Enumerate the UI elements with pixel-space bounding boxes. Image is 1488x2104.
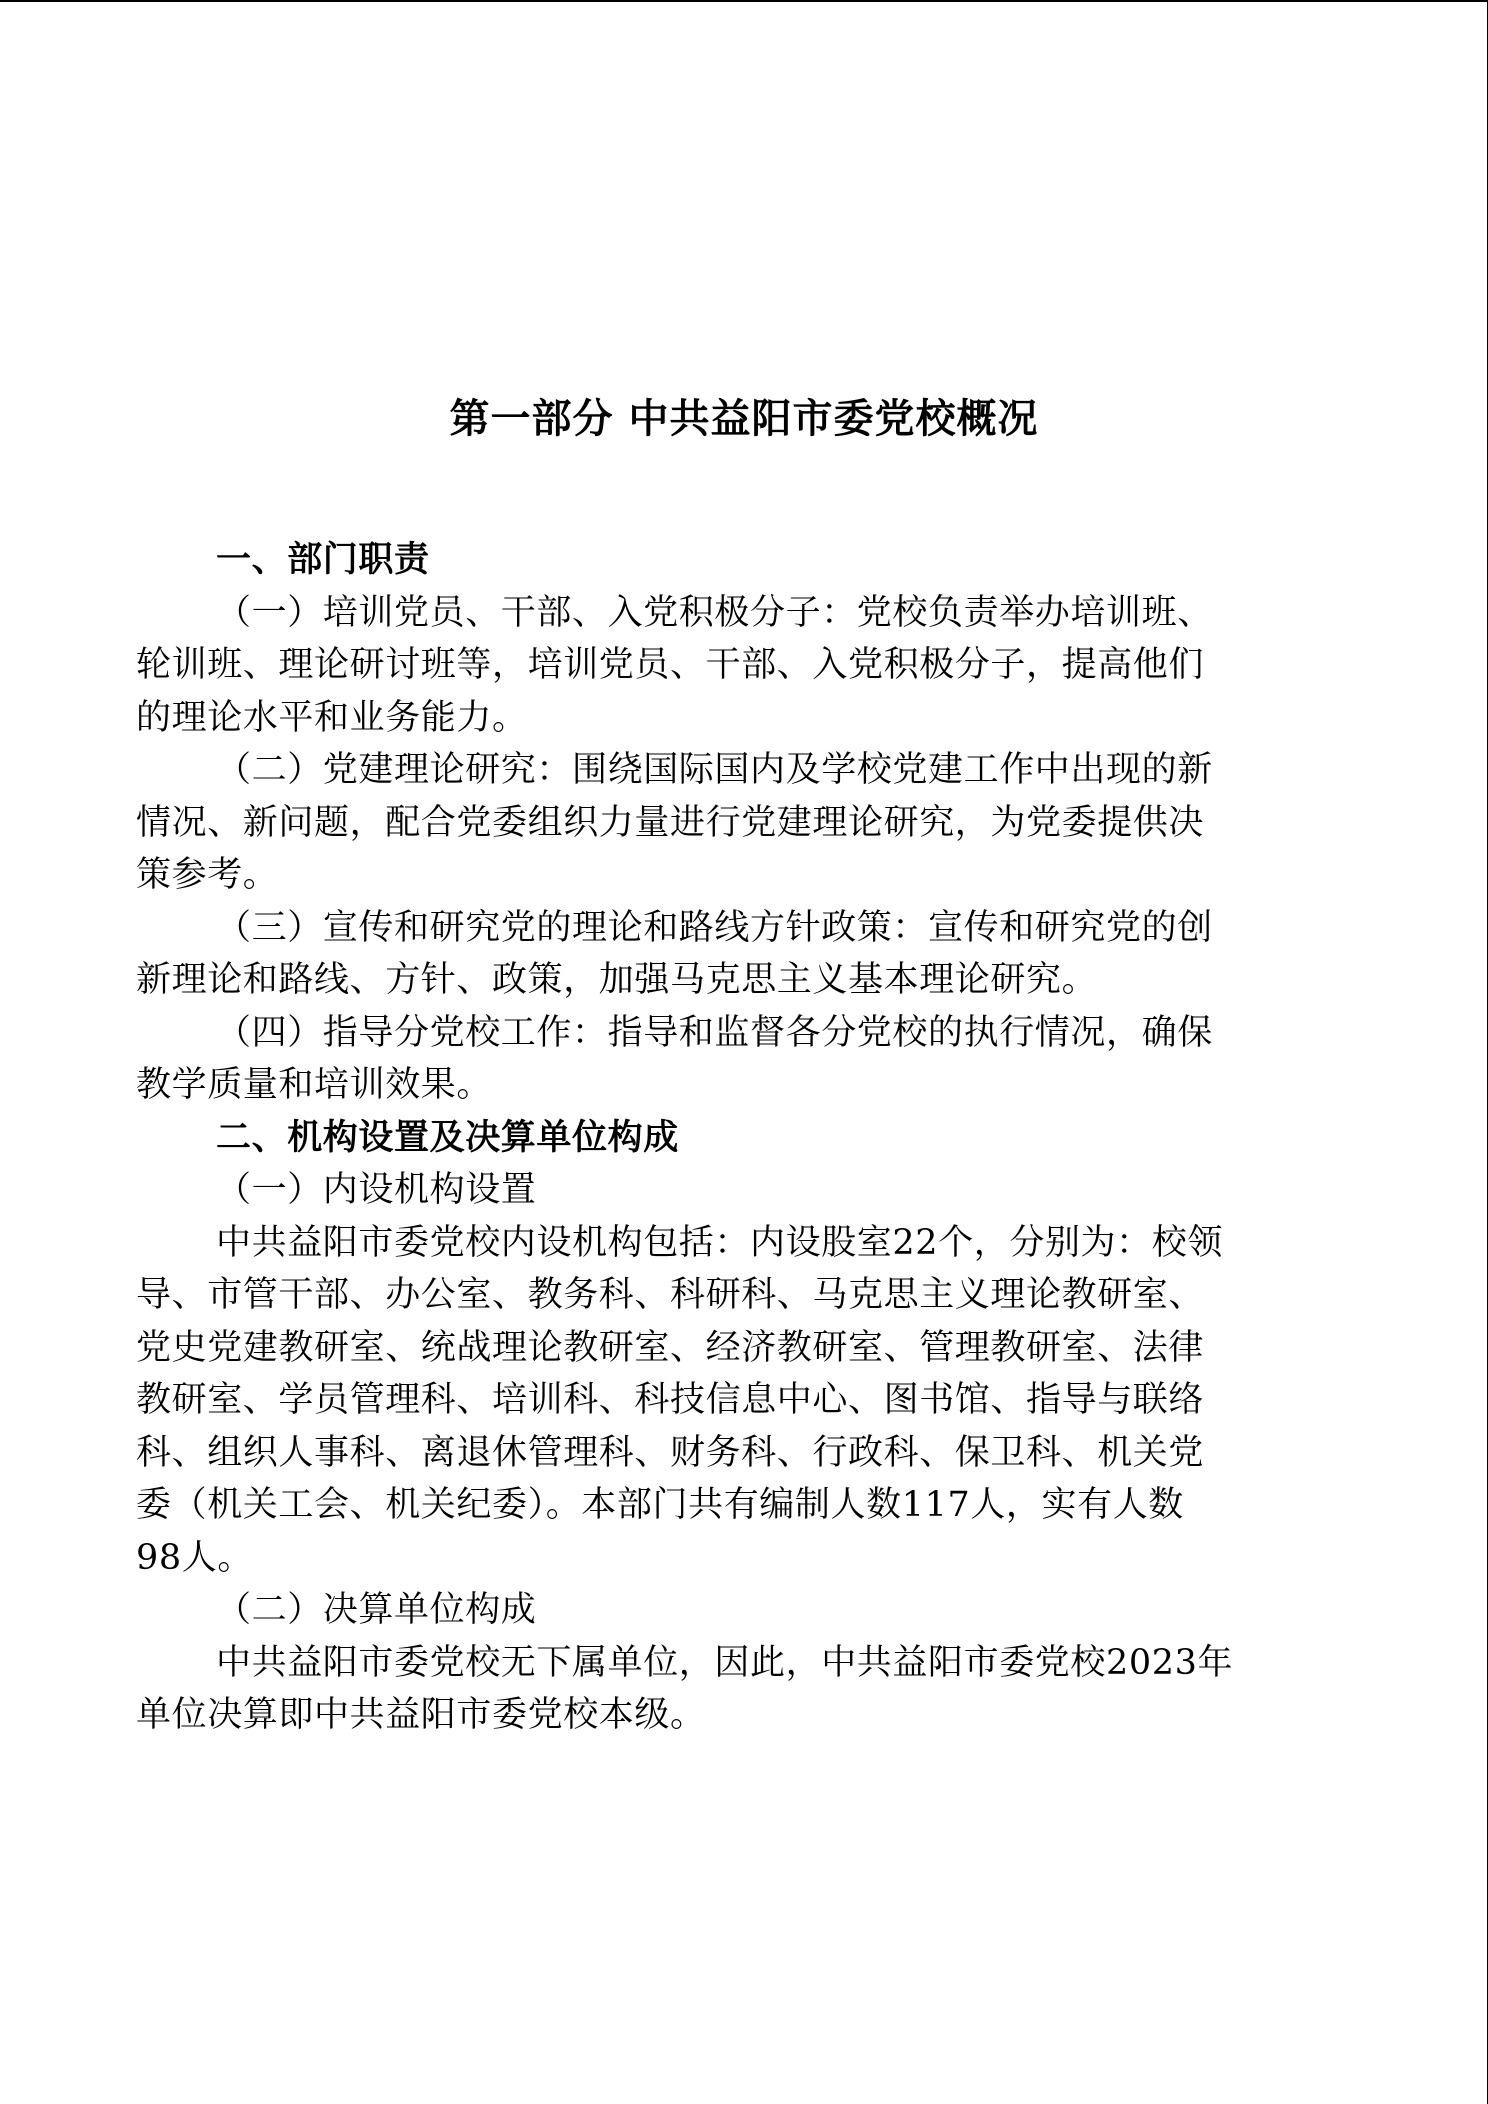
paragraph-line: 轮训班、理论研讨班等，培训党员、干部、入党积极分子，提高他们: [136, 639, 1336, 692]
paragraph-line: 党史党建教研室、统战理论教研室、经济教研室、管理教研室、法律: [136, 1322, 1336, 1375]
paragraph-line: 委（机关工会、机关纪委）。本部门共有编制人数117人，实有人数: [136, 1479, 1336, 1532]
page-title: 第一部分 中共益阳市委党校概况: [0, 394, 1488, 444]
section-heading-organization: 二、机构设置及决算单位构成: [136, 1112, 1336, 1165]
paragraph-line: 策参考。: [136, 849, 1336, 902]
subheading-internal-structure: （一）内设机构设置: [136, 1164, 1336, 1217]
paragraph-duty-2: （二）党建理论研究：围绕国际国内及学校党建工作中出现的新 情况、新问题，配合党委…: [136, 744, 1336, 902]
paragraph-line: 教研室、学员管理科、培训科、科技信息中心、图书馆、指导与联络: [136, 1374, 1336, 1427]
section-heading-duties: 一、部门职责: [136, 534, 1336, 587]
paragraph-line: （四）指导分党校工作：指导和监督各分党校的执行情况，确保: [136, 1007, 1336, 1060]
paragraph-line: 中共益阳市委党校无下属单位，因此，中共益阳市委党校2023年: [136, 1637, 1336, 1690]
page-border-top: [0, 0, 1488, 2]
paragraph-accounting-units: 中共益阳市委党校无下属单位，因此，中共益阳市委党校2023年 单位决算即中共益阳…: [136, 1637, 1336, 1742]
paragraph-line: 单位决算即中共益阳市委党校本级。: [136, 1689, 1336, 1742]
paragraph-line: 98人。: [136, 1532, 1336, 1585]
paragraph-duty-1: （一）培训党员、干部、入党积极分子：党校负责举办培训班、 轮训班、理论研讨班等，…: [136, 587, 1336, 745]
subheading-accounting-units: （二）决算单位构成: [136, 1584, 1336, 1637]
paragraph-line: 中共益阳市委党校内设机构包括：内设股室22个，分别为：校领: [136, 1217, 1336, 1270]
document-body: 一、部门职责 （一）培训党员、干部、入党积极分子：党校负责举办培训班、 轮训班、…: [136, 534, 1336, 1742]
paragraph-line: 的理论水平和业务能力。: [136, 692, 1336, 745]
paragraph-line: （三）宣传和研究党的理论和路线方针政策：宣传和研究党的创: [136, 902, 1336, 955]
paragraph-line: （一）培训党员、干部、入党积极分子：党校负责举办培训班、: [136, 587, 1336, 640]
paragraph-line: 科、组织人事科、离退休管理科、财务科、行政科、保卫科、机关党: [136, 1427, 1336, 1480]
paragraph-line: 导、市管干部、办公室、教务科、科研科、马克思主义理论教研室、: [136, 1269, 1336, 1322]
paragraph-line: （二）党建理论研究：围绕国际国内及学校党建工作中出现的新: [136, 744, 1336, 797]
paragraph-line: 教学质量和培训效果。: [136, 1059, 1336, 1112]
paragraph-duty-4: （四）指导分党校工作：指导和监督各分党校的执行情况，确保 教学质量和培训效果。: [136, 1007, 1336, 1112]
paragraph-duty-3: （三）宣传和研究党的理论和路线方针政策：宣传和研究党的创 新理论和路线、方针、政…: [136, 902, 1336, 1007]
paragraph-line: 新理论和路线、方针、政策，加强马克思主义基本理论研究。: [136, 954, 1336, 1007]
paragraph-internal-structure: 中共益阳市委党校内设机构包括：内设股室22个，分别为：校领 导、市管干部、办公室…: [136, 1217, 1336, 1585]
paragraph-line: 情况、新问题，配合党委组织力量进行党建理论研究，为党委提供决: [136, 797, 1336, 850]
